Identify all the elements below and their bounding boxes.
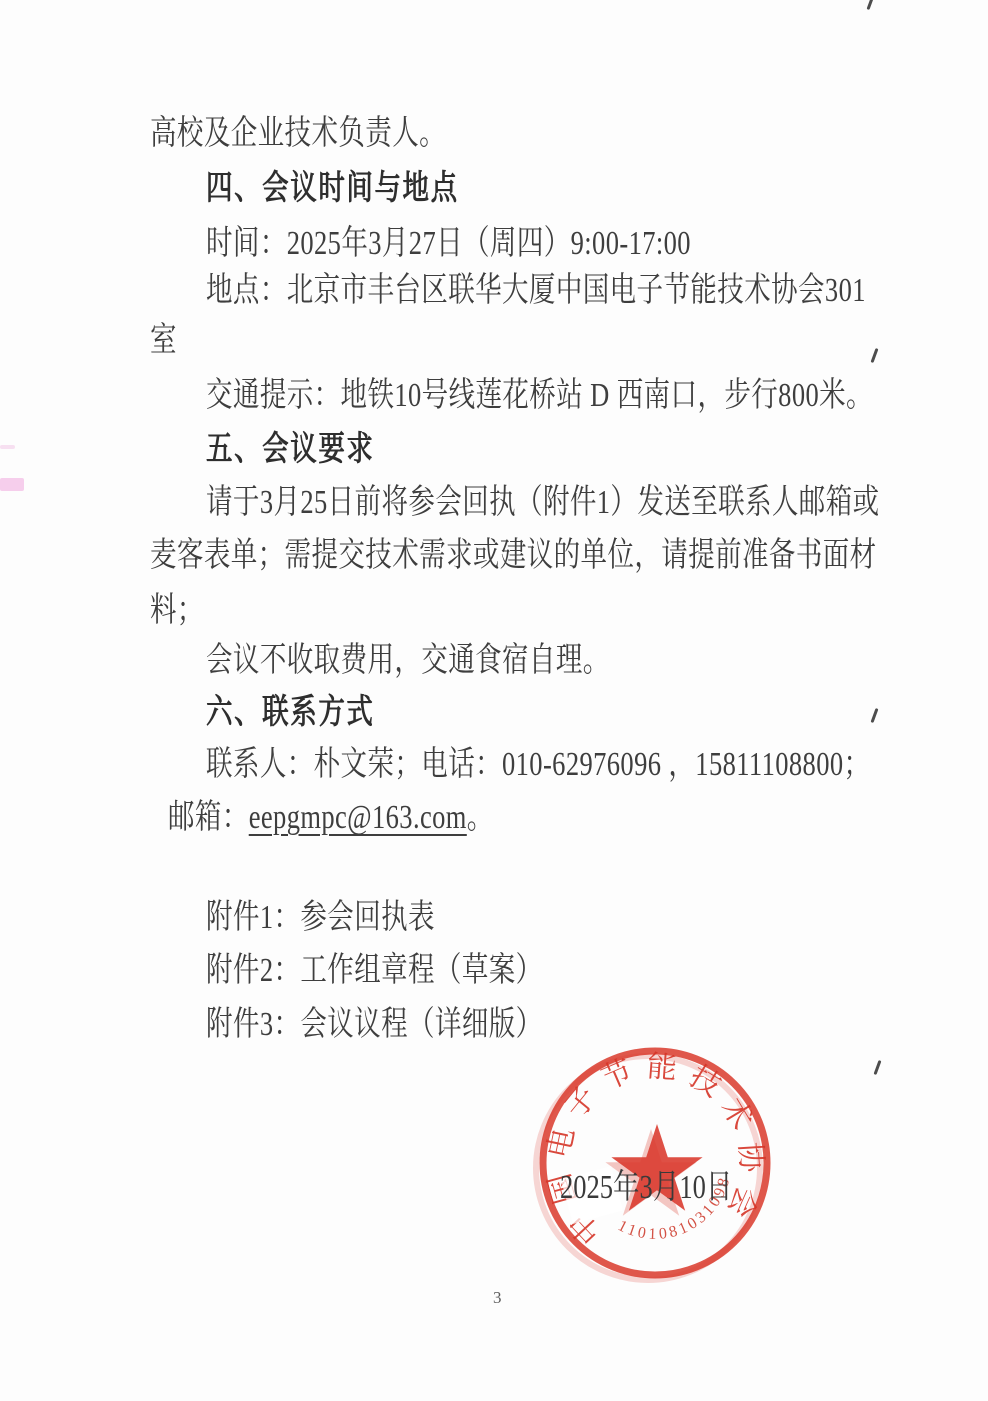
contact-email-line: 邮箱：eepgmpc@163.com。 [168,798,494,837]
meeting-location-line: 地点：北京市丰台区联华大厦中国电子节能技术协会301 [206,271,866,310]
attachment-line-3: 附件3：会议议程（详细版） [206,1005,543,1044]
attachment-line-1: 附件1：参会回执表 [206,898,435,937]
requirement-line-1: 请于3月25日前将参会回执（附件1）发送至联系人邮箱或 [206,483,880,522]
fee-note-line: 会议不收取费用，交通食宿自理。 [206,641,610,680]
transit-tip-line: 交通提示：地铁10号线莲花桥站 D 西南口，步行800米。 [206,376,873,415]
scan-artifact-mark-3 [871,708,879,723]
page-number: 3 [493,1288,502,1308]
section-heading-6: 六、联系方式 [206,693,374,732]
scan-artifact-mark-1 [867,0,875,10]
meeting-time-line: 时间：2025年3月27日（周四）9:00-17:00 [206,224,691,263]
email-label: 邮箱： [168,799,249,836]
requirement-line-3: 料； [150,591,204,630]
scan-smudge-1 [0,445,15,449]
body-line: 高校及企业技术负责人。 [150,114,446,153]
attachment-line-2: 附件2：工作组章程（草案） [206,951,543,990]
contact-phone-line: 联系人：朴文荣；电话：010-62976096 ，15811108800； [206,745,870,784]
scan-artifact-mark-2 [871,348,879,363]
issue-date: 2025年3月10日 [560,1159,732,1208]
scan-artifact-mark-4 [874,1060,882,1075]
location-continuation-line: 室 [150,321,177,360]
scan-smudge-2 [0,478,24,491]
section-heading-5: 五、会议要求 [206,430,374,469]
scanned-document-page: 高校及企业技术负责人。 四、会议时间与地点 时间：2025年3月27日（周四）9… [0,0,988,1401]
email-suffix: 。 [467,799,494,836]
requirement-line-2: 麦客表单；需提交技术需求或建议的单位，请提前准备书面材 [150,536,877,575]
section-heading-4: 四、会议时间与地点 [206,169,459,208]
email-address: eepgmpc@163.com [249,799,467,836]
